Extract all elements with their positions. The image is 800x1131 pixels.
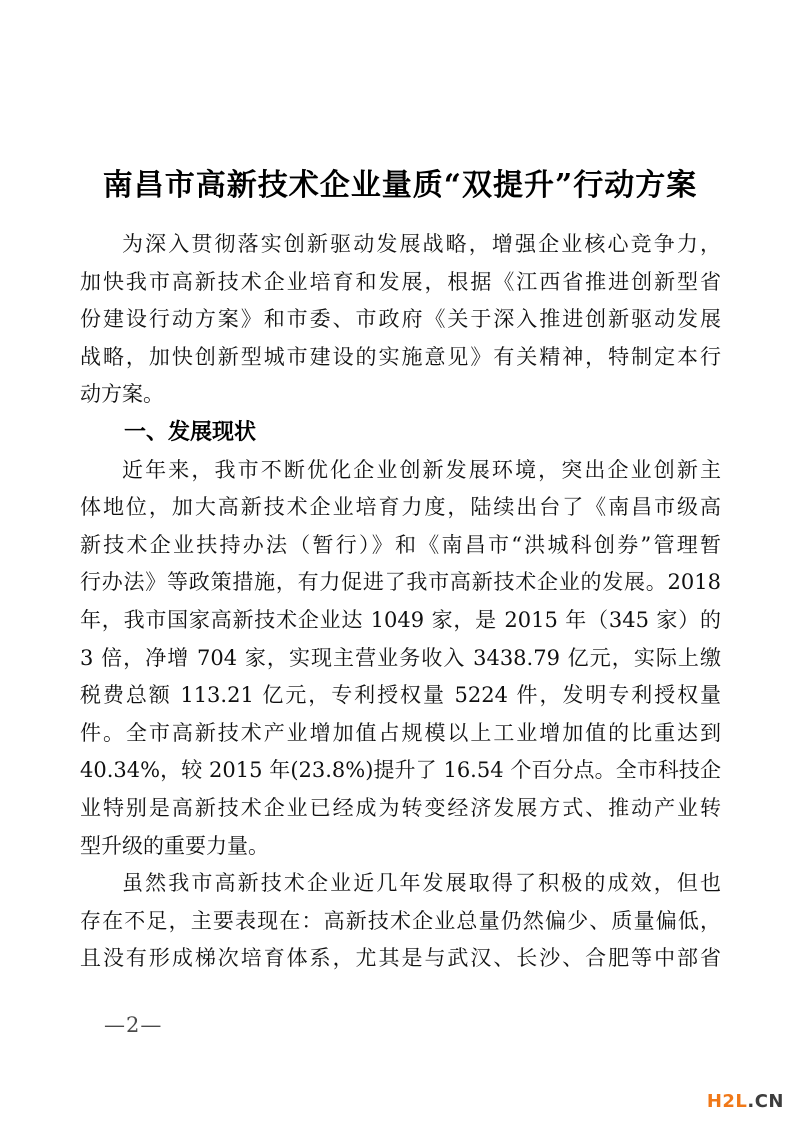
watermark-logo: H2L.CN (707, 1091, 784, 1112)
document-page: 南昌市高新技术企业量质“双提升”行动方案 为深入贯彻落实创新驱动发展战略，增强企… (0, 0, 800, 1131)
watermark-brand: H2L (707, 1091, 748, 1112)
paragraph-line: 且没有形成梯次培育体系，尤其是与武汉、长沙、合肥等中部省 (80, 940, 721, 978)
page-number: —2— (104, 1013, 162, 1037)
paragraph-line: 近年来，我市不断优化企业创新发展环境，突出企业创新主 (80, 452, 721, 490)
paragraph-line: 业特别是高新技术企业已经成为转变经济发展方式、推动产业转 (80, 790, 721, 828)
paragraph-line: 件。全市高新技术产业增加值占规模以上工业增加值的比重达到 (80, 715, 721, 753)
paragraph-line: 虽然我市高新技术企业近几年发展取得了积极的成效，但也 (80, 865, 721, 903)
paragraph-line: 型升级的重要力量。 (80, 828, 721, 866)
paragraph-intro: 为深入贯彻落实创新驱动发展战略，增强企业核心竞争力， 加快我市高新技术企业培育和… (80, 226, 721, 414)
section-heading-development-status: 一、发展现状 (80, 414, 721, 452)
paragraph-shortcomings: 虽然我市高新技术企业近几年发展取得了积极的成效，但也 存在不足，主要表现在：高新… (80, 865, 721, 978)
paragraph-line: 动方案。 (80, 376, 721, 414)
paragraph-line: 新技术企业扶持办法（暂行）》和《南昌市“洪城科创券”管理暂 (80, 527, 721, 565)
paragraph-line: 40.34%，较 2015 年(23.8%)提升了 16.54 个百分点。全市科… (80, 752, 721, 790)
paragraph-line: 行办法》等政策措施，有力促进了我市高新技术企业的发展。2018 (80, 564, 721, 602)
watermark-suffix: .CN (747, 1091, 784, 1112)
paragraph-line: 税费总额 113.21 亿元，专利授权量 5224 件，发明专利授权量 633 (80, 677, 721, 715)
paragraph-line: 战略，加快创新型城市建设的实施意见》有关精神，特制定本行 (80, 339, 721, 377)
paragraph-line: 存在不足，主要表现在：高新技术企业总量仍然偏少、质量偏低， (80, 903, 721, 941)
paragraph-line: 3 倍，净增 704 家，实现主营业务收入 3438.79 亿元，实际上缴 (80, 640, 721, 678)
paragraph-line: 份建设行动方案》和市委、市政府《关于深入推进创新驱动发展 (80, 301, 721, 339)
paragraph-line: 加快我市高新技术企业培育和发展，根据《江西省推进创新型省 (80, 264, 721, 302)
paragraph-line: 年，我市国家高新技术企业达 1049 家，是 2015 年（345 家）的 (80, 602, 721, 640)
paragraph-achievements: 近年来，我市不断优化企业创新发展环境，突出企业创新主 体地位，加大高新技术企业培… (80, 452, 721, 866)
document-body: 为深入贯彻落实创新驱动发展战略，增强企业核心竞争力， 加快我市高新技术企业培育和… (80, 226, 721, 978)
page-title: 南昌市高新技术企业量质“双提升”行动方案 (0, 160, 800, 204)
paragraph-line: 体地位，加大高新技术企业培育力度，陆续出台了《南昌市级高 (80, 489, 721, 527)
paragraph-line: 为深入贯彻落实创新驱动发展战略，增强企业核心竞争力， (80, 226, 721, 264)
